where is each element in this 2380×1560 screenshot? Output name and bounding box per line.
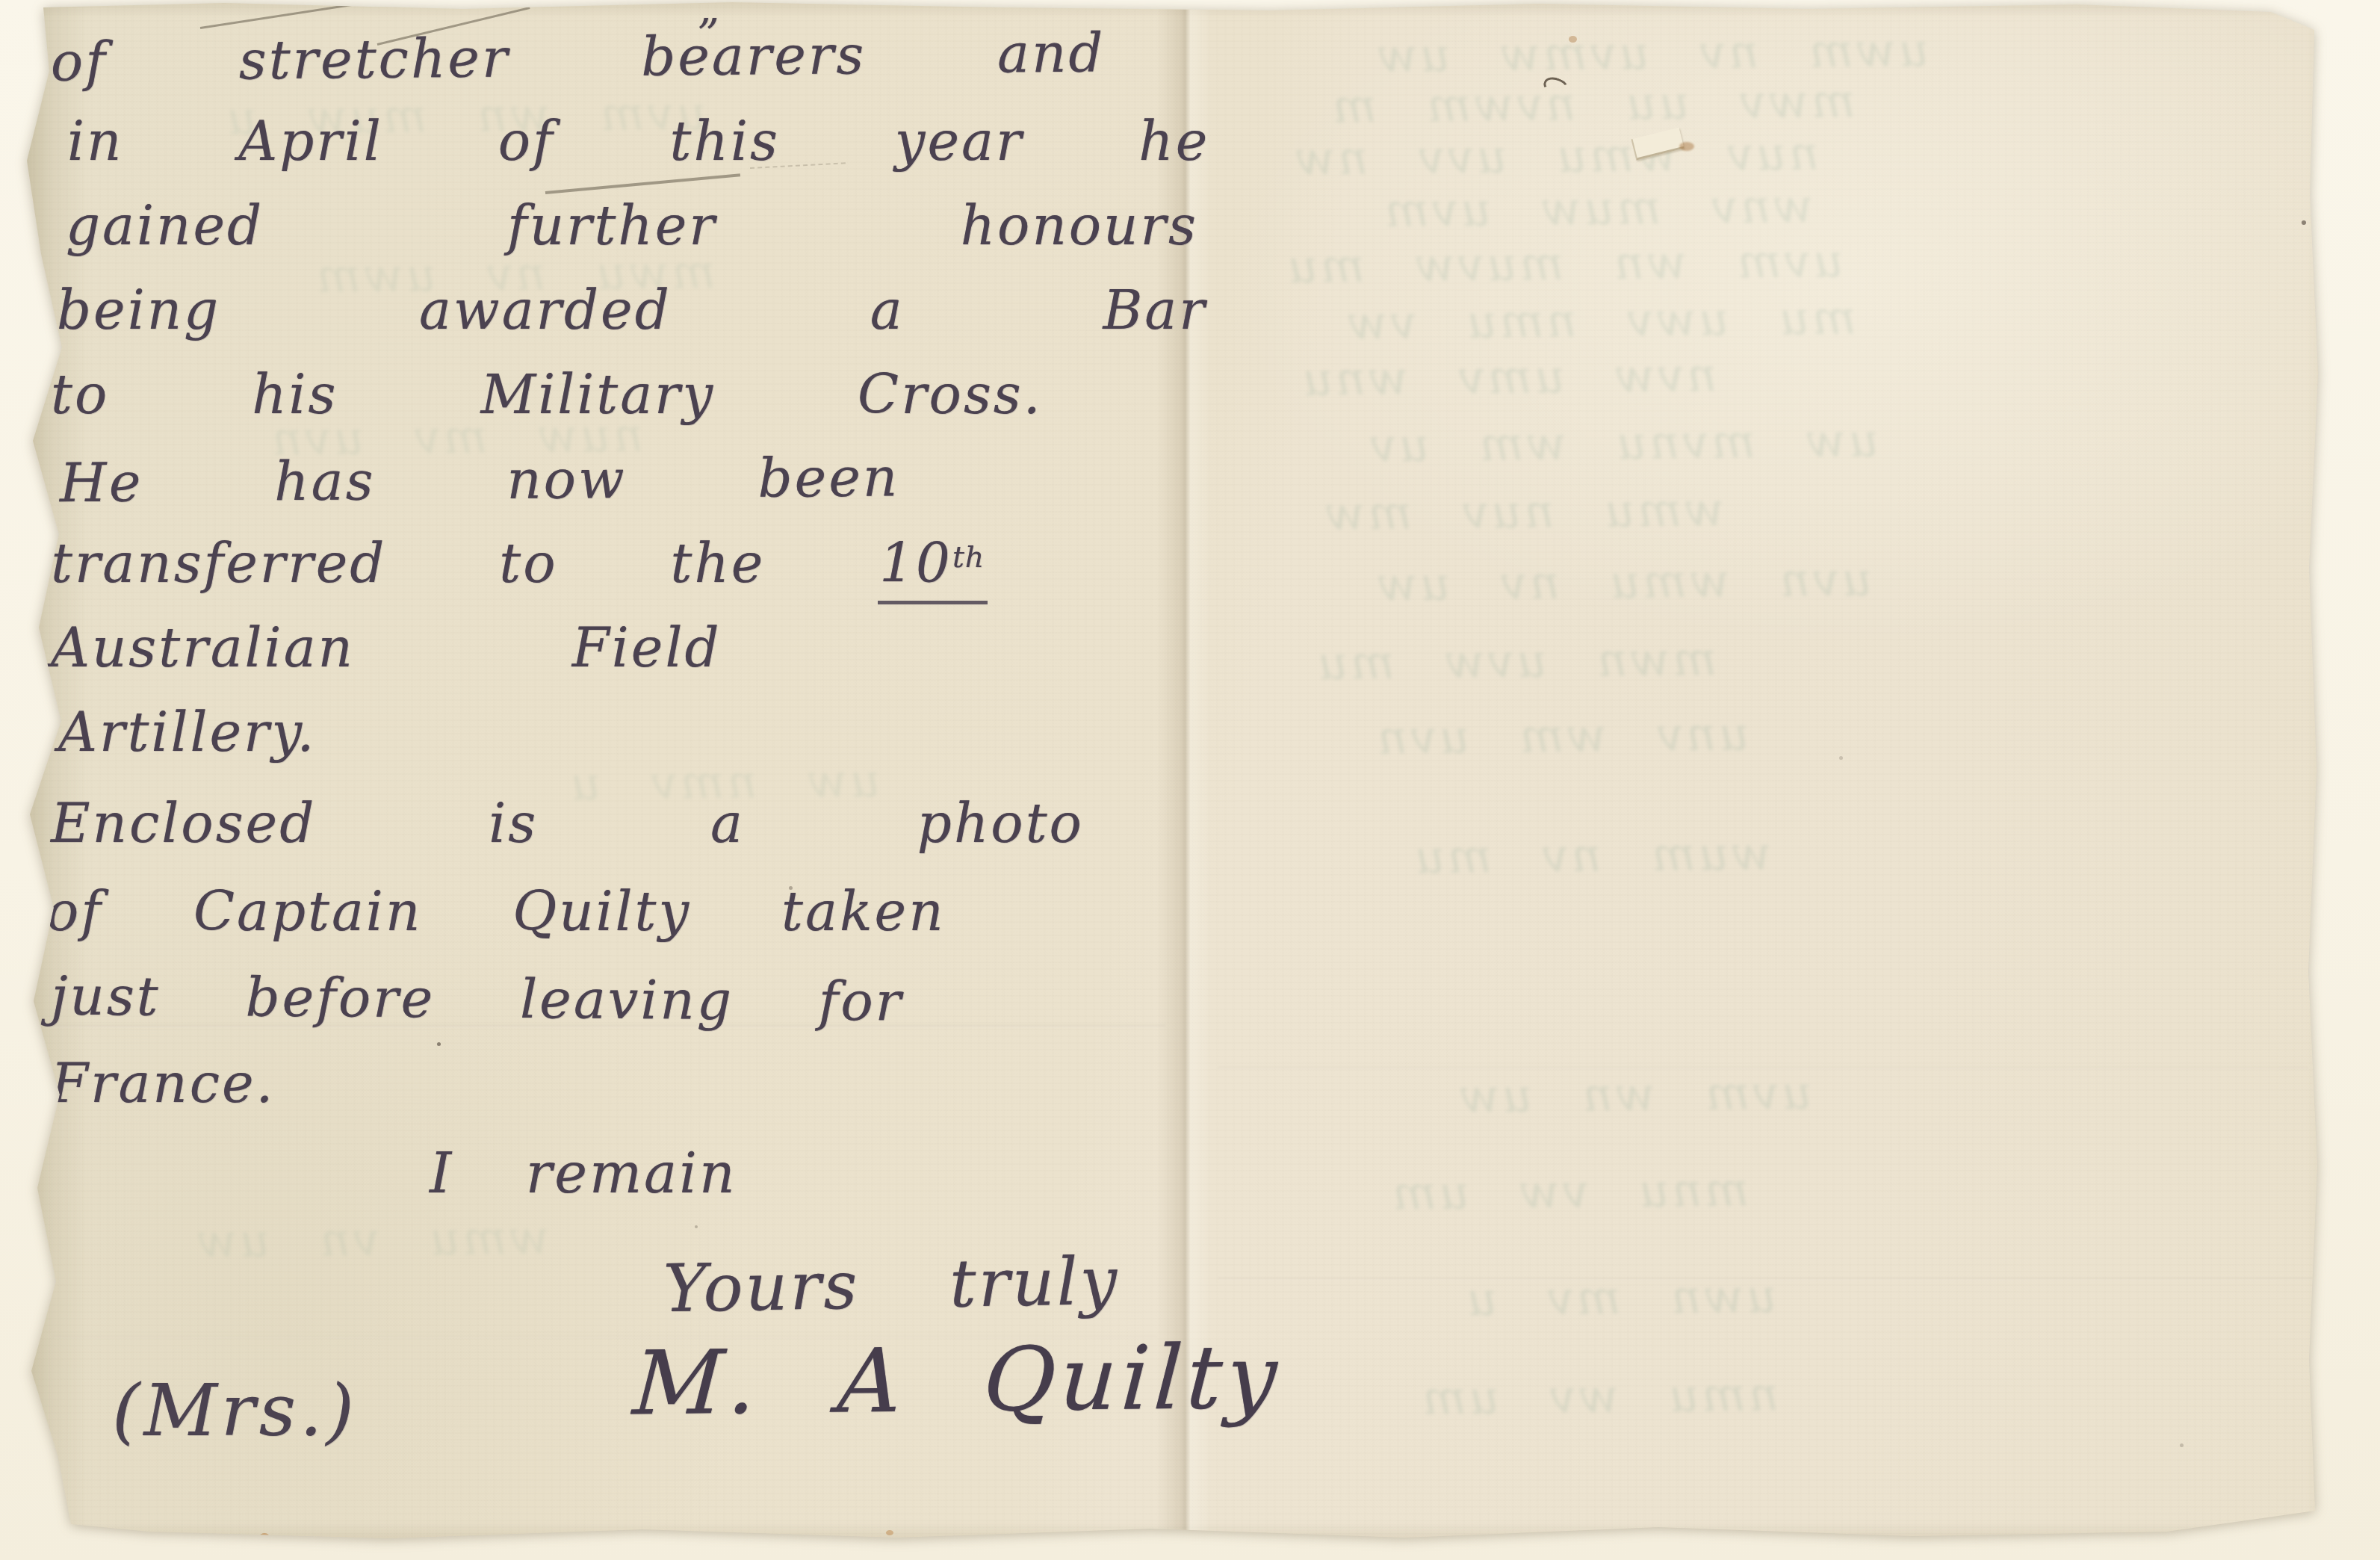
rust-stain (886, 1530, 893, 1535)
bleed-through-line: wmu vn uw (194, 1210, 550, 1269)
closing-yours-truly: Yours truly (663, 1242, 1120, 1328)
ink-speck (695, 1225, 698, 1228)
bleed-through-line: nuv wmu uvv nw (1292, 126, 1820, 185)
bleed-through-line: uvn wmu nv uw (1375, 552, 1872, 612)
letter-line: Australian Field (51, 616, 1194, 701)
ink-speck (1839, 756, 1843, 760)
ink-speck (2302, 220, 2306, 225)
letter-line: of stretcher bearers and (51, 20, 1194, 114)
letter-line: in April of this year he (67, 110, 1194, 194)
bleed-through-line: uwn mv u (1464, 1269, 1777, 1326)
ordinal-10th: 10th (878, 532, 988, 604)
letter-line: France. (51, 1052, 1194, 1134)
letter-line: of Captain Quilty taken (46, 880, 1194, 968)
bleed-through-line: wum nv mu (1412, 826, 1772, 884)
deckled-edge-right (2307, 0, 2326, 1560)
letter-body: of stretcher bearers andin April of this… (51, 25, 1194, 1134)
closing-i-remain: I remain (430, 1142, 737, 1206)
signature-name: M. A Quilty (630, 1325, 1284, 1434)
letter-line: Artillery. (58, 701, 1194, 792)
ink-speck (2180, 1443, 2184, 1447)
letter-line: to his Military Cross. (51, 363, 1194, 448)
bleed-through-line: uw mvnu wm uv (1367, 412, 1879, 472)
letter-sheet: uvm wn muw umwu nv uwmnuw mv uvnuw nmv u… (0, 0, 2380, 1560)
bleed-through-line: mnu vw um (1389, 1162, 1750, 1220)
signature-prefix: (Mrs.) (112, 1369, 358, 1452)
letter-line: just before leaving for (51, 965, 1194, 1056)
bleed-through-line: unv wm uvn (1375, 706, 1750, 764)
bleed-through-line: mwv uu nvwm m (1330, 73, 1856, 133)
letter-line: He has now been (60, 444, 1194, 536)
bleed-through-line: mu uwv nmu vw (1345, 290, 1856, 350)
rust-stain (1679, 142, 1694, 151)
bleed-through-line: nmu wv um (1419, 1366, 1779, 1425)
letter-line: Enclosed is a photo (51, 792, 1194, 880)
letter-line: gained further honours (66, 194, 1194, 279)
bleed-through-line: wnv muw uvm (1382, 179, 1814, 238)
letter-line: transferred to the 10th (51, 532, 1194, 616)
letter-line: being awarded a Bar (57, 279, 1194, 363)
letter-sheet-wrap: uvm wn muw umwu nv uwmnuw mv uvnuw nmv u… (0, 0, 2380, 1560)
ink-speck (437, 1042, 441, 1046)
bleed-through-line: mwn uvw mu (1315, 631, 1717, 690)
ink-speck (789, 886, 793, 890)
bleed-through-line: uvm wn uw (1457, 1065, 1812, 1124)
rust-stain (260, 1533, 269, 1539)
bleed-through-line: uvm wn muvw mu (1285, 233, 1844, 294)
bleed-through-line: wmu nuv mw (1322, 482, 1725, 541)
bleed-through-line: nvw umv wnu (1300, 347, 1717, 406)
rust-stain (1569, 36, 1577, 43)
scanned-letter-screenshot: { "scan": { "description": "Final page o… (0, 0, 2380, 1560)
